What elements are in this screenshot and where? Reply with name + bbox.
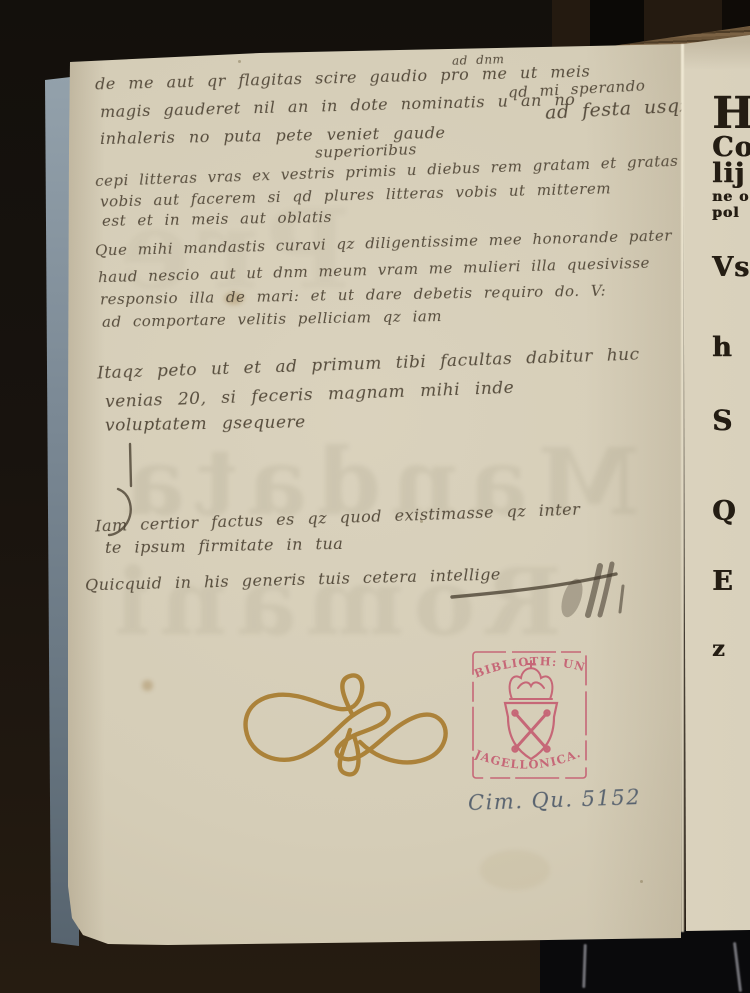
page-overlay-graphics: BIBLIOTH: UNIV: JAGELLONICA. bbox=[0, 0, 750, 993]
page-fold-crease bbox=[681, 44, 684, 932]
paragraph-mark bbox=[109, 444, 131, 535]
stamp-bottom-text: JAGELLONICA. bbox=[472, 746, 583, 772]
printed-fragment: Q bbox=[712, 496, 737, 527]
svg-text:BIBLIOTH: UNIV:: BIBLIOTH: UNIV: bbox=[0, 0, 587, 681]
printed-fragment: E bbox=[712, 566, 734, 597]
stamp-shield-icon bbox=[505, 703, 557, 759]
svg-text:JAGELLONICA.: JAGELLONICA. bbox=[472, 746, 583, 772]
printed-fragment: lij bbox=[712, 158, 745, 189]
library-stamp: BIBLIOTH: UNIV: JAGELLONICA. bbox=[0, 0, 587, 778]
printed-fragment: pol bbox=[712, 205, 739, 221]
printed-fragment: ne o bbox=[712, 189, 749, 205]
manuscript-page: PreMandataRomani de me aut qr flagitas s… bbox=[0, 0, 750, 993]
photograph-of-manuscript: { "scene": { "description": "Digitized p… bbox=[0, 0, 750, 993]
stamp-top-text: BIBLIOTH: UNIV: bbox=[0, 0, 587, 681]
printed-fragment: S bbox=[712, 404, 733, 437]
end-swash bbox=[452, 564, 623, 620]
printed-fragment: z bbox=[712, 636, 726, 662]
printed-fragment: Vs bbox=[712, 252, 750, 283]
printed-fragment: h bbox=[712, 332, 733, 363]
ink-flourish-knot bbox=[246, 675, 446, 774]
